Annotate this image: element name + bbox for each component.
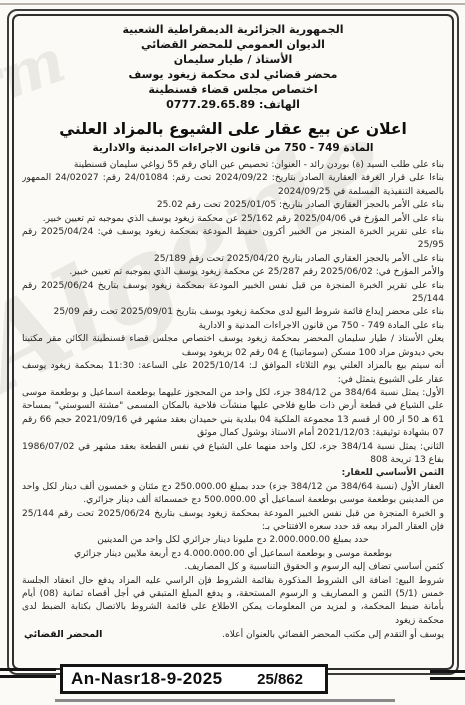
announcement-body: بناء على طلب السيد (ة) بوردن رائد - العن… <box>22 159 444 643</box>
announcement-content: الجمهورية الجزائرية الديمقراطية الشعبية … <box>22 22 444 664</box>
body-paragraph: بناء على الأمر بالحجز العقاري الصادر بتا… <box>22 199 444 212</box>
closing-row: يوسف أو التقدم إلى مكتب المحضر القضائي ب… <box>22 629 444 642</box>
body-paragraph: بناء على المادة 749 - 750 من قانون الاجر… <box>22 320 444 333</box>
announcement-frame: الجمهورية الجزائرية الديمقراطية الشعبية … <box>7 9 459 675</box>
body-paragraph-lot1: الأول: يمثل نسبة 384/64 من 384/12 جزء، ل… <box>22 387 444 441</box>
announcement-article-reference: المادة 749 - 750 من قانون الاجراءات المد… <box>22 141 444 155</box>
publication-reference-number: 25/862 <box>257 671 303 688</box>
body-paragraph: بناء على تقرير الخبرة المنجز من الخبير أ… <box>22 226 444 253</box>
publication-footer: An-Nasr18-9-2025 25/862 <box>60 664 328 694</box>
body-paragraph-lot2: الثاني: يمثل نسبة 384/14 جزء، لكل واحد م… <box>22 441 444 468</box>
body-paragraph-sale-date: أنه سيتم بيع بالمزاد العلني يوم الثلاثاء… <box>22 360 444 387</box>
header-court: محضر قضائي لدى محكمة زيغود يوسف <box>22 67 444 82</box>
body-paragraph: بناء على الأمر بالحجز العقاري الصادر بتا… <box>22 253 444 266</box>
scanned-newspaper-page: { "colors": { "ink": "#262626", "frame":… <box>0 0 465 705</box>
body-paragraph: يعلن الأستاذ / طيار سليمان المحضر بمحكمة… <box>22 333 444 360</box>
body-paragraph-fees: كثمن أساسي تضاف إليه الرسوم و الحقوق الت… <box>22 561 444 574</box>
next-clipping-divider <box>55 699 395 702</box>
body-paragraph-conditions: شروط البيع: اضافة الى الشروط المذكورة بق… <box>22 575 444 629</box>
header-republic: الجمهورية الجزائرية الديمقراطية الشعبية <box>22 22 444 37</box>
body-paragraph: بناء على طلب السيد (ة) بوردن رائد - العن… <box>22 159 444 172</box>
body-paragraph: بناء على الأمر المؤرخ في 2025/04/06 رقم … <box>22 213 444 226</box>
adjacent-clipping-mark-right <box>430 670 465 680</box>
bailiff-signature: المحضر القضائي <box>24 629 102 640</box>
base-price-heading: الثمن الأساسي للعقار: <box>22 467 444 480</box>
closing-line: يوسف أو التقدم إلى مكتب المحضر القضائي ب… <box>102 629 444 642</box>
scan-edge-line <box>0 3 465 5</box>
body-paragraph: بناء على تقرير الخبرة المنجزة من قبل نفس… <box>22 280 444 307</box>
body-paragraph-expertise: و الخبرة المنجزة من قبل نفس الخبير المود… <box>22 508 444 535</box>
header-phone: الهاتف: 0777.29.65.89 <box>22 97 444 112</box>
body-paragraph-price-total: بوطعمة موسى و بوطعمة اسماعيل أي 4.000.00… <box>22 548 444 561</box>
header-bailiff-name: الأستاذ / طيار سليمان <box>22 52 444 67</box>
body-paragraph-price1: العقار الأول (نسبة 384/64 من 384/12 جزء)… <box>22 481 444 508</box>
header-jurisdiction: اختصاص مجلس قضاء قسنطينة <box>22 82 444 97</box>
body-paragraph: بناء على محضر إيداع قائمة شروط البيع لدى… <box>22 306 444 319</box>
body-paragraph-price2: حدد بمبلغ 2.000.000.00 دج مليونا دينار ج… <box>22 534 444 547</box>
header-office: الديوان العمومي للمحضر القضائي <box>22 37 444 52</box>
body-paragraph: والأمر المؤرخ في: 2025/06/02 رقم 25/287 … <box>22 266 444 279</box>
body-paragraph: بناءا على قرار الغرفة العقارية الصادر بت… <box>22 172 444 199</box>
publication-source-date: An-Nasr18-9-2025 <box>71 669 223 689</box>
announcement-title: اعلان عن بيع عقار على الشيوع بالمزاد الع… <box>22 119 444 139</box>
adjacent-clipping-mark-left <box>0 668 56 681</box>
announcement-frame-inner: الجمهورية الجزائرية الديمقراطية الشعبية … <box>12 14 454 670</box>
